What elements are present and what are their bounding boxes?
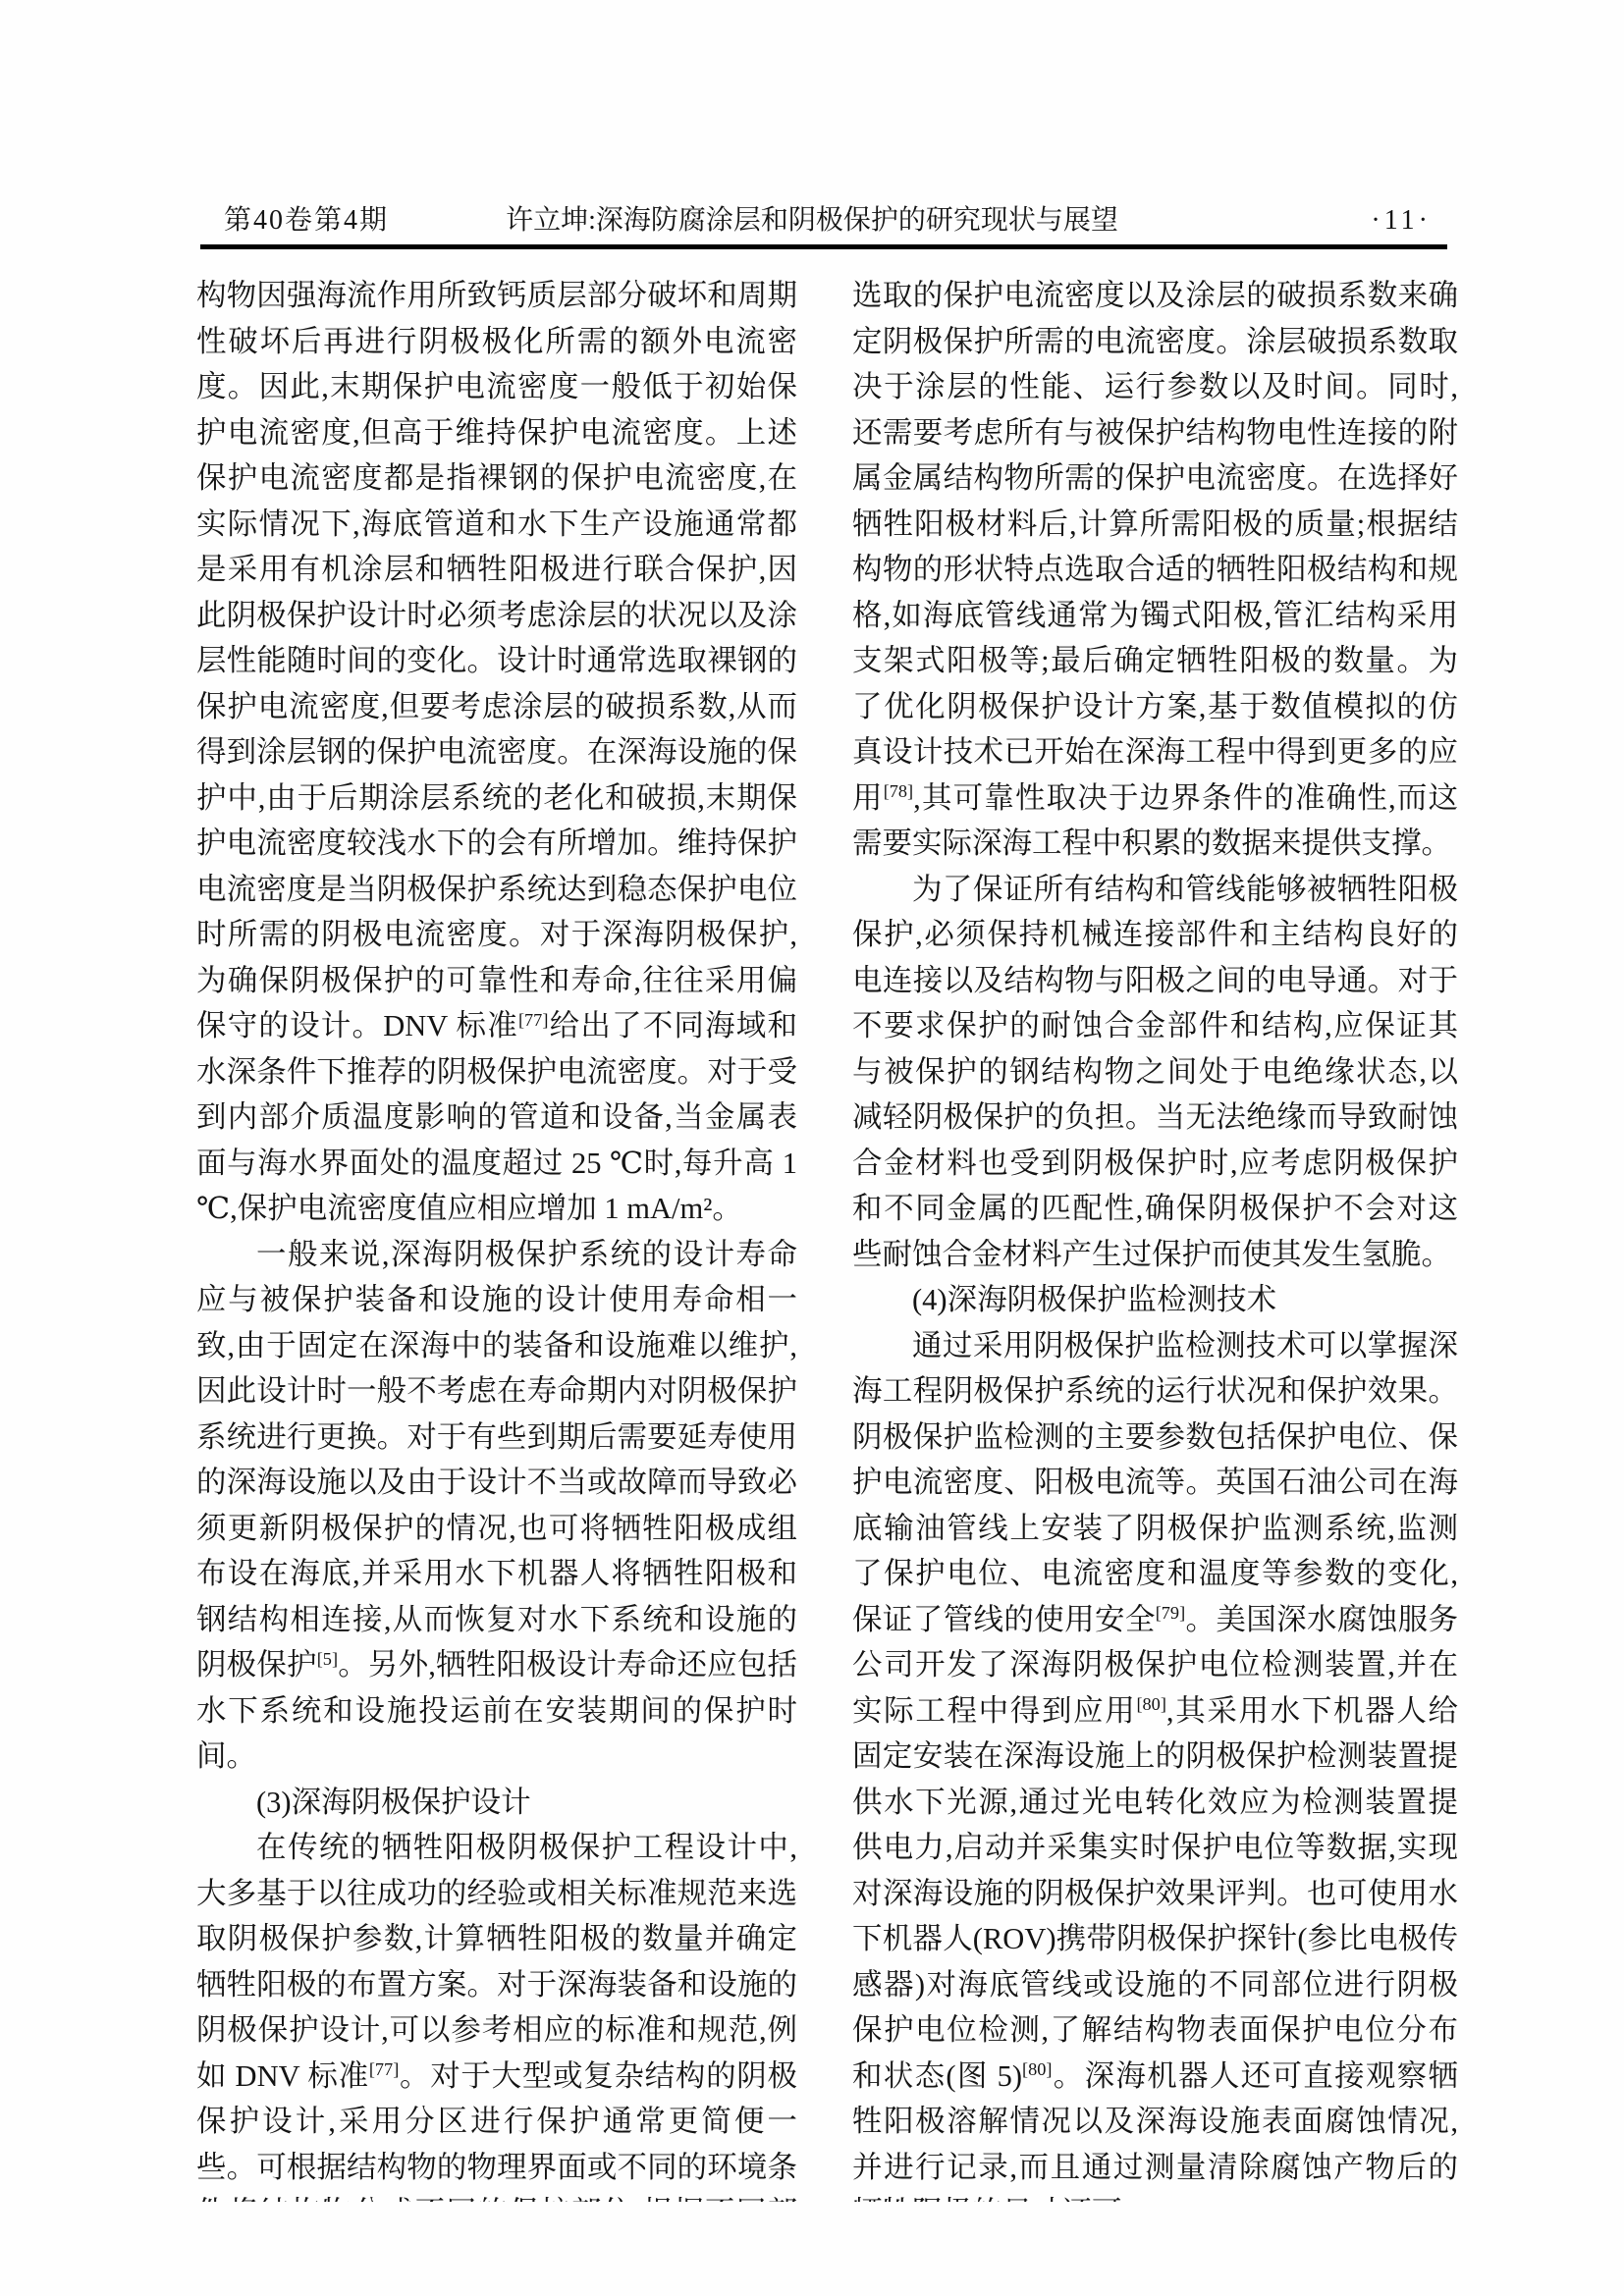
citation-ref: [78] (884, 781, 913, 801)
page-header: 第40卷第4期 许立坤:深海防腐涂层和阴极保护的研究现状与展望 ·11· (0, 201, 1624, 240)
body-paragraph: 在传统的牺牲阳极阴极保护工程设计中,大多基于以往成功的经验或相关标准规范来选取阴… (196, 1825, 797, 2202)
body-paragraph: (3)深海阴极保护设计 (196, 1780, 797, 1826)
paper-page: 第40卷第4期 许立坤:深海防腐涂层和阴极保护的研究现状与展望 ·11· 构物因… (0, 0, 1624, 2296)
body-paragraph: (4)深海阴极保护监检测技术 (852, 1277, 1458, 1323)
body-paragraph: 通过采用阴极保护监检测技术可以掌握深海工程阴极保护系统的运行状况和保护效果。阴极… (852, 1323, 1458, 2203)
citation-ref: [5] (317, 1649, 338, 1669)
body-paragraph: 为了保证所有结构和管线能够被牺牲阳极保护,必须保持机械连接部件和主结构良好的电连… (852, 867, 1458, 1278)
left-column: 构物因强海流作用所致钙质层部分破坏和周期性破坏后再进行阴极极化所需的额外电流密度… (196, 273, 797, 2202)
body-columns: 构物因强海流作用所致钙质层部分破坏和周期性破坏后再进行阴极极化所需的额外电流密度… (196, 273, 1458, 2202)
header-rule (200, 244, 1447, 249)
citation-ref: [80] (1136, 1694, 1165, 1714)
citation-ref: [77] (518, 1010, 548, 1030)
page-number: ·11· (1371, 201, 1432, 240)
body-paragraph: 一般来说,深海阴极保护系统的设计寿命应与被保护装备和设施的设计使用寿命相一致,由… (196, 1232, 797, 1780)
citation-ref: [79] (1156, 1603, 1185, 1623)
citation-ref: [77] (369, 2059, 399, 2079)
right-column: 选取的保护电流密度以及涂层的破损系数来确定阴极保护所需的电流密度。涂层破损系数取… (852, 273, 1458, 2202)
body-paragraph: 选取的保护电流密度以及涂层的破损系数来确定阴极保护所需的电流密度。涂层破损系数取… (852, 273, 1458, 867)
body-paragraph: 构物因强海流作用所致钙质层部分破坏和周期性破坏后再进行阴极极化所需的额外电流密度… (196, 273, 797, 1232)
citation-ref: [80] (1022, 2059, 1052, 2079)
